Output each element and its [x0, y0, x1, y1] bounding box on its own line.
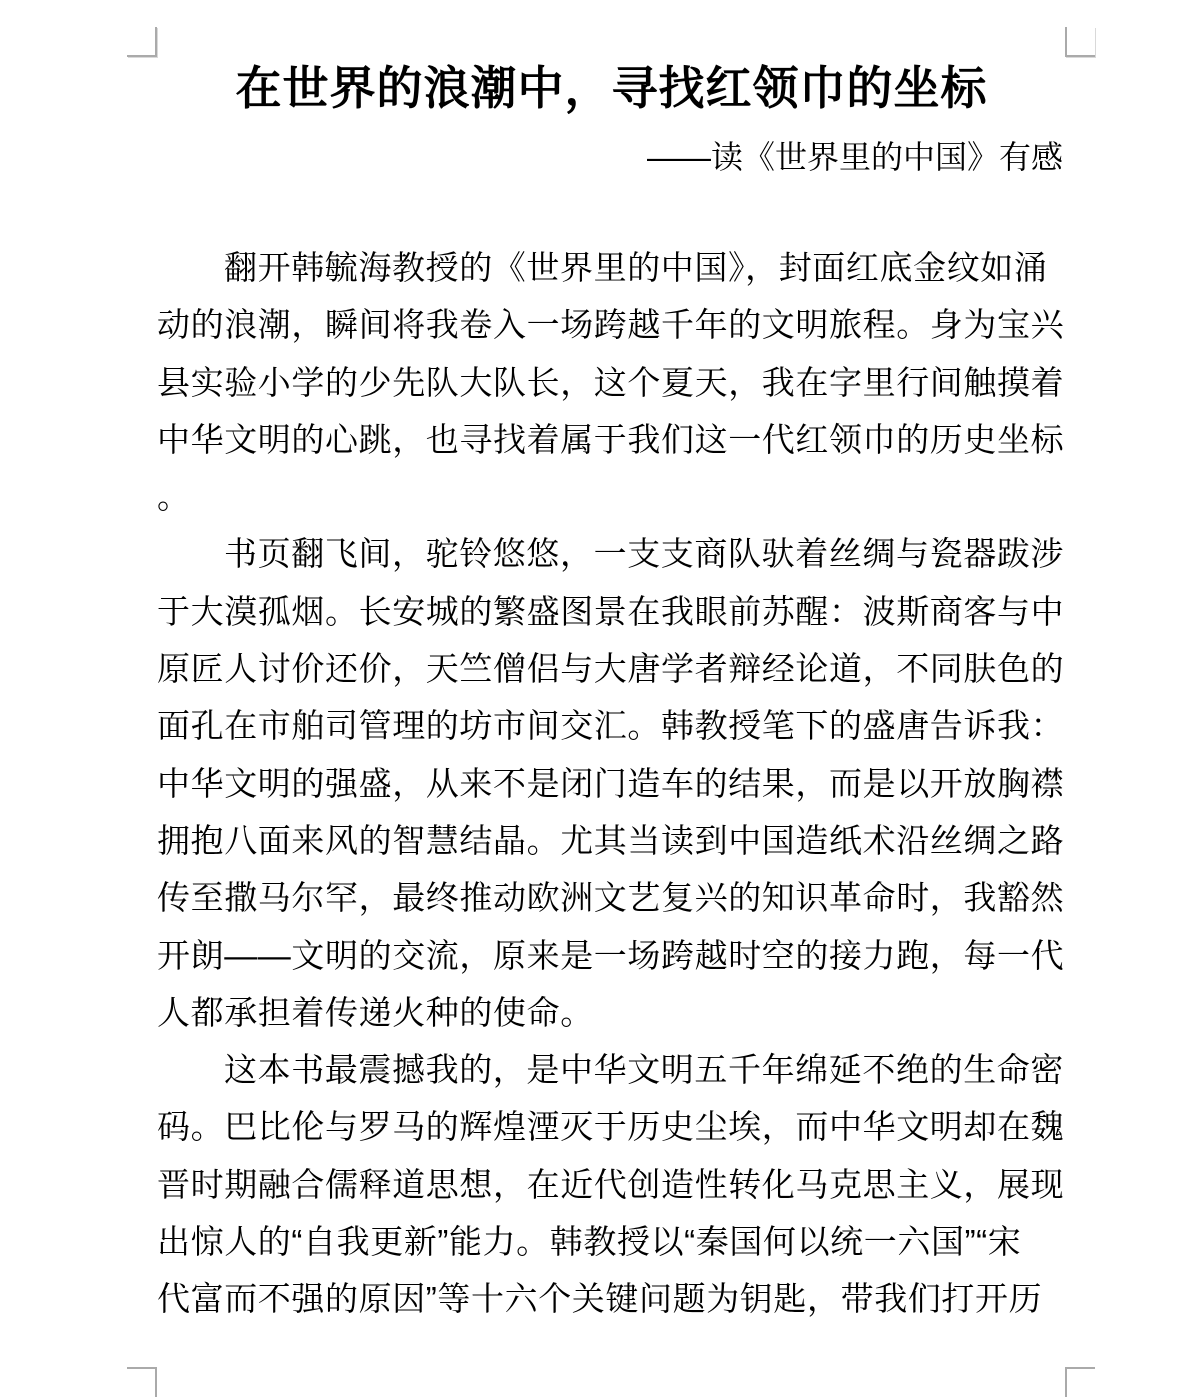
margin-corner-mark-top-left	[127, 27, 157, 57]
text-line: 人都承担着传递火种的使命。	[157, 984, 1066, 1041]
document-page: 在世界的浪潮中，寻找红领巾的坐标 ——读《世界里的中国》有感 翻开韩毓海教授的《…	[0, 0, 1201, 1397]
text-line: 这本书最震撼我的，是中华文明五千年绵延不绝的生命密	[157, 1041, 1066, 1098]
document-text-area[interactable]: 在世界的浪潮中，寻找红领巾的坐标 ——读《世界里的中国》有感 翻开韩毓海教授的《…	[157, 57, 1066, 1328]
body-text: 翻开韩毓海教授的《世界里的中国》，封面红底金纹如涌动的浪潮，瞬间将我卷入一场跨越…	[157, 239, 1066, 1328]
text-line: 于大漠孤烟。长安城的繁盛图景在我眼前苏醒：波斯商客与中	[157, 583, 1066, 640]
text-line: 晋时期融合儒释道思想，在近代创造性转化马克思主义，展现	[157, 1156, 1066, 1213]
text-line: 县实验小学的少先队大队长，这个夏天，我在字里行间触摸着	[157, 354, 1066, 411]
text-line: 代富而不强的原因”等十六个关键问题为钥匙，带我们打开历	[157, 1270, 1066, 1327]
text-line: 中华文明的强盛，从来不是闭门造车的结果，而是以开放胸襟	[157, 755, 1066, 812]
text-line: 书页翻飞间，驼铃悠悠，一支支商队驮着丝绸与瓷器跋涉	[157, 525, 1066, 582]
text-line: 翻开韩毓海教授的《世界里的中国》，封面红底金纹如涌	[157, 239, 1066, 296]
text-line: 面孔在市舶司管理的坊市间交汇。韩教授笔下的盛唐告诉我：	[157, 697, 1066, 754]
document-title: 在世界的浪潮中，寻找红领巾的坐标	[157, 57, 1066, 119]
document-subtitle: ——读《世界里的中国》有感	[157, 129, 1066, 186]
text-line: 开朗——文明的交流，原来是一场跨越时空的接力跑，每一代	[157, 927, 1066, 984]
text-line: 传至撒马尔罕，最终推动欧洲文艺复兴的知识革命时，我豁然	[157, 869, 1066, 926]
text-line: 。	[157, 468, 1066, 525]
text-line: 拥抱八面来风的智慧结晶。尤其当读到中国造纸术沿丝绸之路	[157, 812, 1066, 869]
text-line: 出惊人的“自我更新”能力。韩教授以“秦国何以统一六国”“宋	[157, 1213, 1066, 1270]
paragraph: 这本书最震撼我的，是中华文明五千年绵延不绝的生命密码。巴比伦与罗马的辉煌湮灭于历…	[157, 1041, 1066, 1327]
margin-corner-mark-bottom-right	[1065, 1367, 1095, 1397]
text-line: 中华文明的心跳，也寻找着属于我们这一代红领巾的历史坐标	[157, 411, 1066, 468]
margin-corner-mark-top-right	[1065, 27, 1095, 57]
text-line: 动的浪潮，瞬间将我卷入一场跨越千年的文明旅程。身为宝兴	[157, 296, 1066, 353]
paragraph: 书页翻飞间，驼铃悠悠，一支支商队驮着丝绸与瓷器跋涉于大漠孤烟。长安城的繁盛图景在…	[157, 525, 1066, 1041]
text-line: 原匠人讨价还价，天竺僧侣与大唐学者辩经论道，不同肤色的	[157, 640, 1066, 697]
text-line: 码。巴比伦与罗马的辉煌湮灭于历史尘埃，而中华文明却在魏	[157, 1098, 1066, 1155]
margin-corner-mark-bottom-left	[127, 1367, 157, 1397]
paragraph: 翻开韩毓海教授的《世界里的中国》，封面红底金纹如涌动的浪潮，瞬间将我卷入一场跨越…	[157, 239, 1066, 525]
